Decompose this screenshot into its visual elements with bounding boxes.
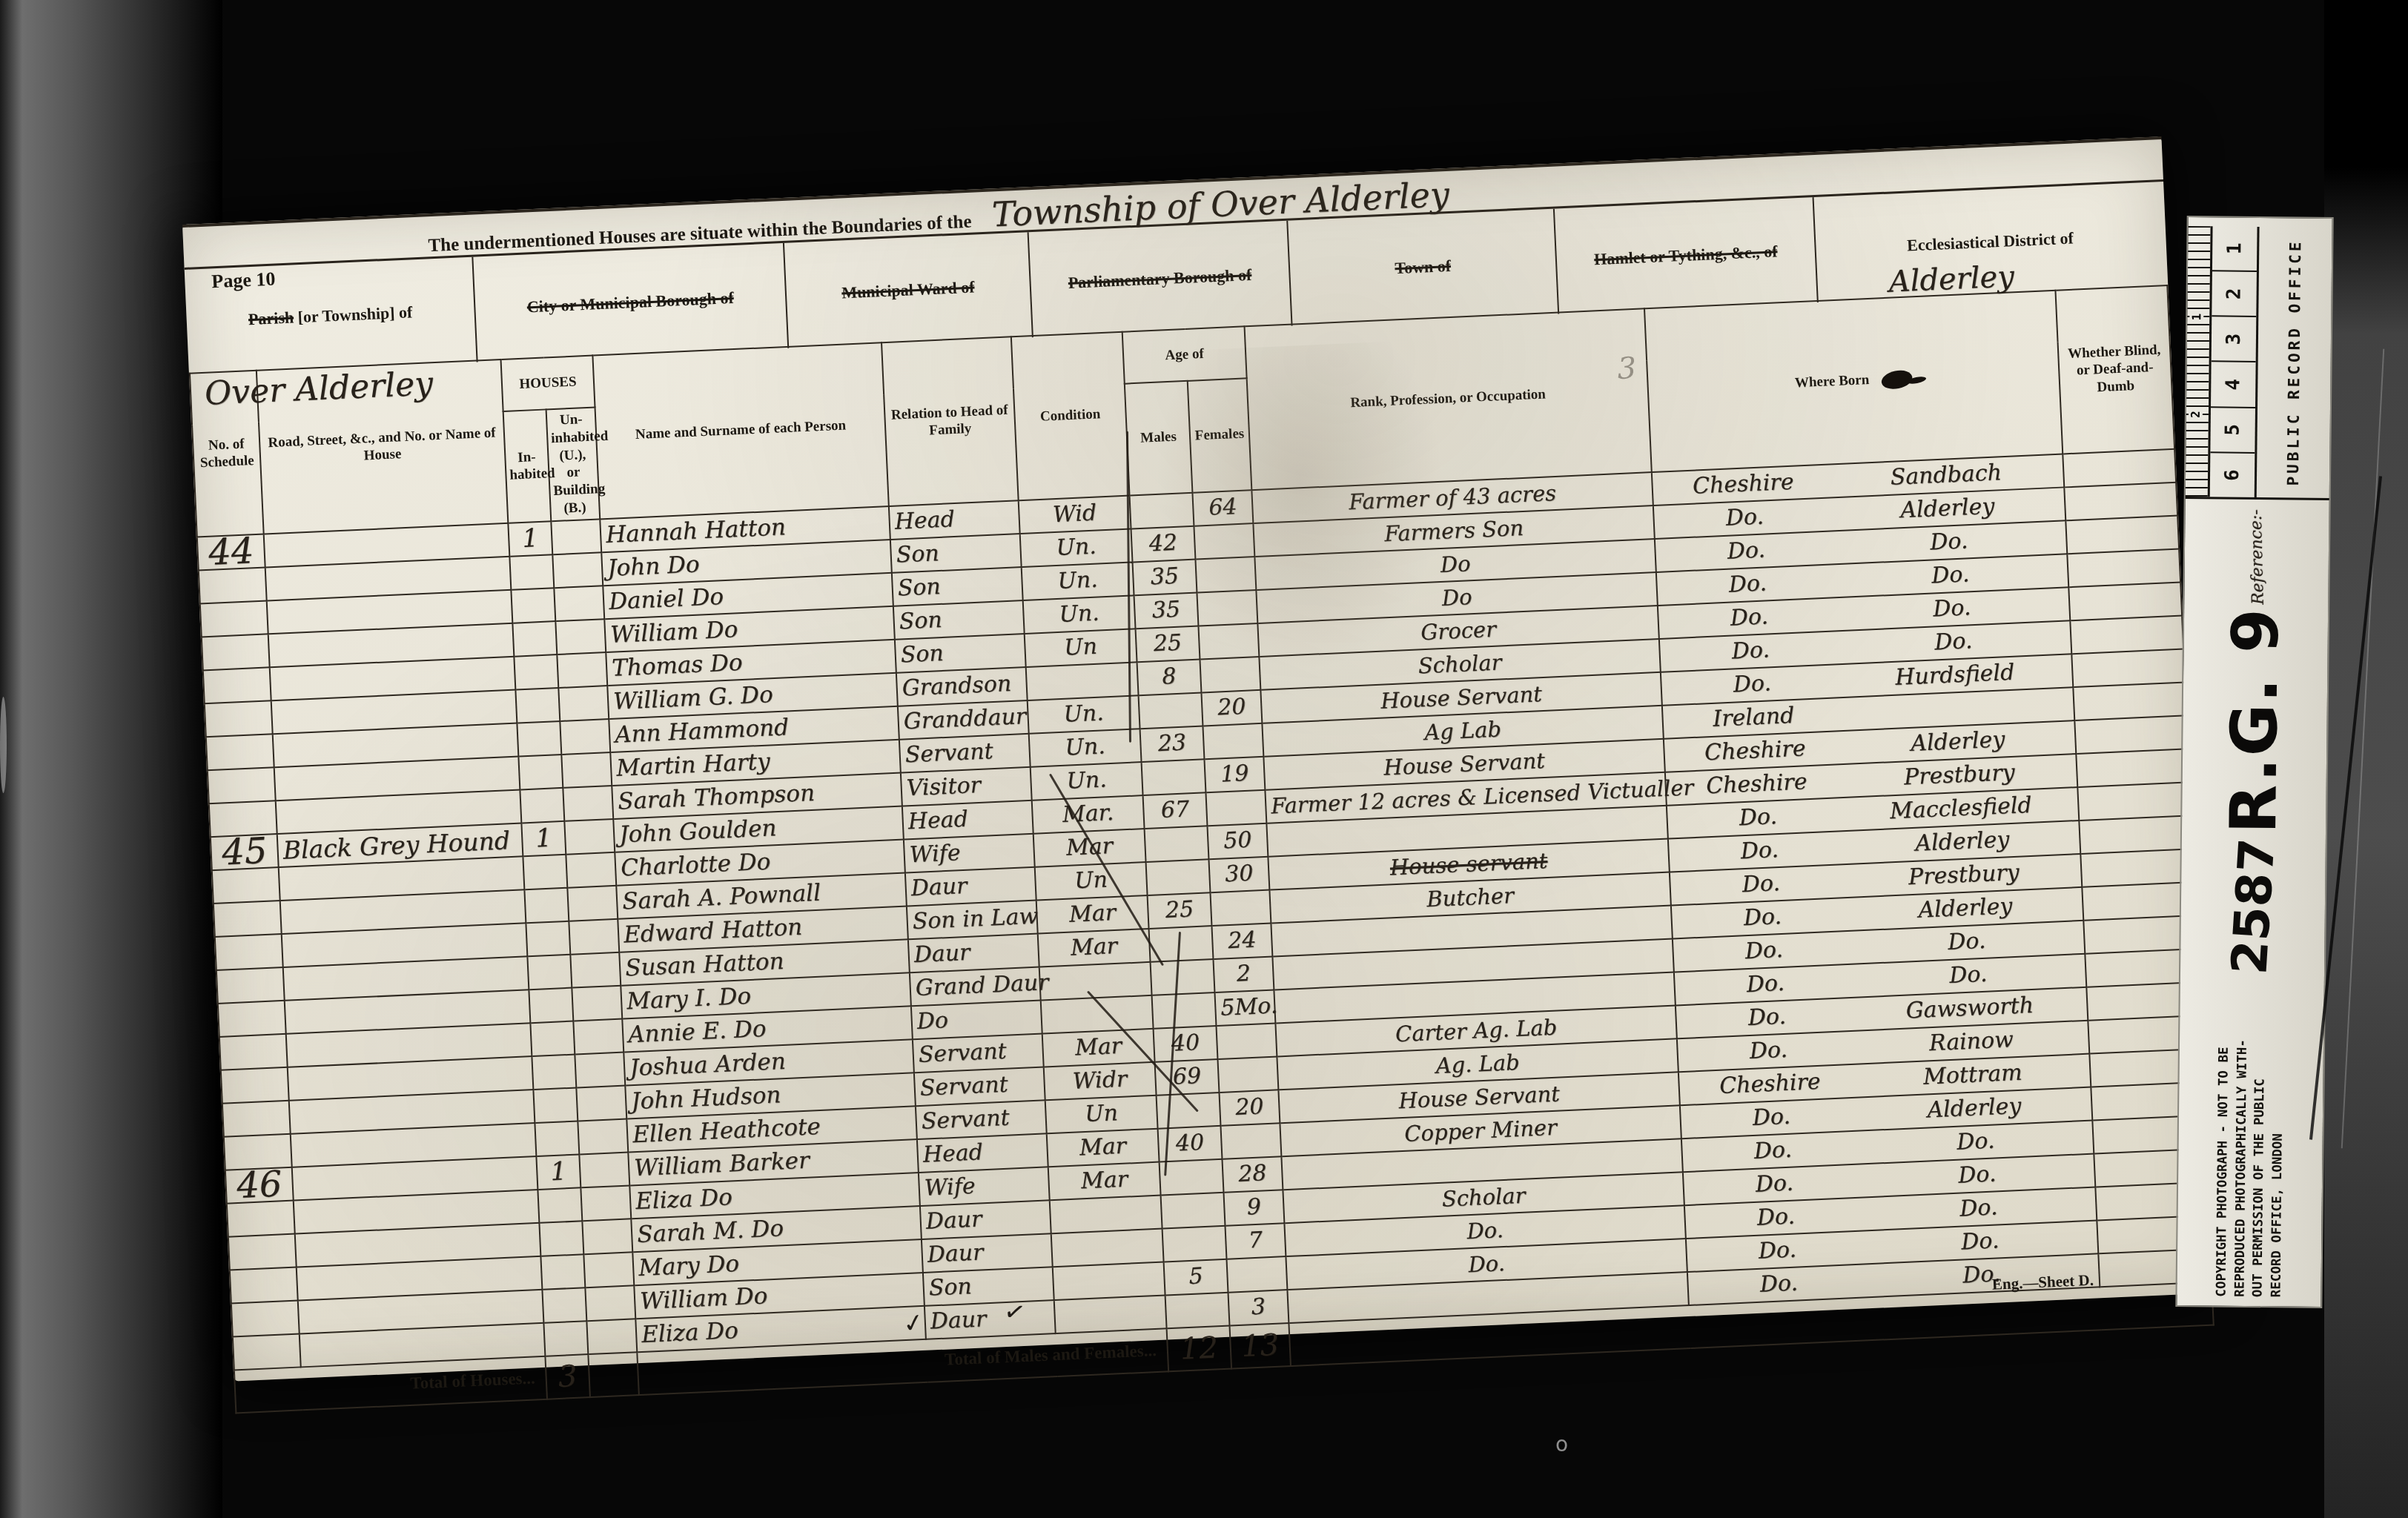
cell-age_male: 5 (1164, 1259, 1228, 1295)
born-county: Do. (1655, 536, 1836, 566)
born-place: Do. (1865, 1193, 2091, 1225)
born-county: Ireland (1663, 703, 1844, 733)
cell-relation: Servant (914, 1067, 1045, 1106)
cell-age_male (1145, 826, 1209, 862)
cell-age_female (1195, 557, 1256, 593)
cell-disability (2082, 882, 2195, 921)
cell-schedule (228, 1233, 297, 1270)
cell-schedule (206, 734, 274, 770)
header-box-label: Municipal Ward of (834, 276, 982, 304)
cell-uninhabited (586, 1319, 637, 1354)
cell-schedule: 45 (211, 834, 279, 870)
cell-schedule (203, 667, 271, 703)
cell-uninhabited (557, 652, 607, 688)
cell-schedule (214, 901, 282, 937)
struck-word: Parish (248, 308, 294, 328)
cell-inhabited (526, 921, 570, 956)
cell-inhabited (509, 554, 554, 590)
born-place: Macclesfield (1848, 792, 2074, 825)
born-place: Alderley (1834, 493, 2060, 526)
cell-inhabited (537, 1187, 582, 1223)
ruler-ticks: 2 1 (2186, 226, 2213, 497)
cell-relation: Granddaur (898, 700, 1029, 739)
cell-uninhabited (576, 1085, 626, 1121)
col-header-age: Age of (1122, 326, 1247, 383)
cell-condition: Wid (1019, 495, 1131, 534)
census-form-sheet: The undermentioned Houses are situate wi… (182, 136, 2213, 1381)
cell-disability (2079, 815, 2192, 854)
pro-reference-card: COPYRIGHT PHOTOGRAPH - NOT TO BEREPRODUC… (2175, 216, 2333, 1308)
col-header-occupation: Rank, Profession, or Occupation (1245, 308, 1652, 489)
born-county: Do. (1660, 636, 1841, 666)
cell-condition: Mar (1048, 1161, 1161, 1200)
cell-age_female: 9 (1223, 1190, 1284, 1226)
cell-schedule (205, 700, 273, 737)
cell-inhabited (520, 787, 564, 823)
cell-age_male: 67 (1143, 792, 1208, 829)
cell-age_female: 64 (1192, 490, 1253, 526)
cell-schedule (221, 1067, 289, 1103)
cell-inhabited (524, 887, 569, 923)
cell-age_female (1194, 523, 1254, 560)
cell-condition: Un (1035, 862, 1148, 901)
col-header-houses: HOUSES (501, 356, 595, 411)
col-header-relation: Relation to Head of Family (881, 337, 1019, 506)
cell-uninhabited (563, 785, 613, 821)
cell-inhabited (515, 688, 560, 723)
header-box-label: Parliamentary Borough of (1060, 264, 1260, 294)
col-header-males: Males (1125, 381, 1193, 495)
cell-uninhabited (564, 818, 615, 854)
cell-uninhabited (551, 519, 601, 554)
cell-age_female: 24 (1211, 923, 1272, 959)
cell-age_female: 20 (1219, 1090, 1280, 1126)
cell-condition: Widr (1044, 1061, 1157, 1100)
cell-uninhabited (579, 1152, 629, 1187)
born-county: Do. (1658, 603, 1839, 633)
cell-inhabited (523, 854, 567, 889)
born-place: Alderley (1861, 1093, 2087, 1125)
copyright-notice: COPYRIGHT PHOTOGRAPH - NOT TO BEREPRODUC… (2212, 976, 2289, 1297)
cell-uninhabited (570, 952, 621, 987)
cell-uninhabited (585, 1285, 635, 1321)
census-scan-screen: The undermentioned Houses are situate wi… (0, 0, 2408, 1518)
header-box-2: Municipal Ward of (784, 232, 1033, 348)
cell-age_female: 19 (1204, 756, 1265, 792)
cell-condition: Un. (1031, 762, 1143, 801)
total-females-value: 13 (1229, 1323, 1291, 1369)
cell-age_female (1210, 889, 1271, 926)
cell-inhabited (540, 1254, 585, 1290)
ruler-scale-boxes: 654321 (2210, 226, 2260, 497)
header-box-label: City or Municipal Borough of (519, 287, 741, 318)
census-table: No. of Schedule Road, Street, &c., and N… (189, 285, 2214, 1413)
cell-age_male: 8 (1137, 659, 1202, 695)
cell-schedule (202, 634, 270, 670)
cell-uninhabited (573, 1018, 623, 1054)
cell-age_male (1161, 1192, 1225, 1228)
cell-relation: Son (893, 600, 1025, 640)
cell-relation: Grandson (896, 666, 1028, 706)
cell-schedule: 46 (225, 1167, 294, 1203)
cell-relation: Head (917, 1133, 1048, 1173)
born-place: Do. (1840, 626, 2066, 659)
cell-disability (2068, 582, 2182, 620)
cell-uninhabited (582, 1219, 632, 1254)
born-place: Do. (1862, 1126, 2088, 1159)
cell-condition: Un. (1022, 562, 1134, 600)
cell-inhabited (543, 1321, 588, 1356)
cell-inhabited: 1 (521, 821, 566, 856)
cell-age_male (1151, 959, 1215, 995)
cell-age_male (1146, 859, 1211, 895)
born-county: Cheshire (1664, 736, 1845, 766)
born-place: Sandbach (1833, 460, 2059, 492)
cell-disability (2077, 782, 2191, 821)
cell-age_male (1130, 492, 1194, 528)
scan-right-gradient (2324, 0, 2408, 1518)
cell-schedule (215, 933, 283, 970)
cell-inhabited (518, 754, 563, 789)
cell-inhabited (512, 621, 557, 657)
cell-uninhabited (569, 918, 619, 954)
cell-inhabited: 1 (536, 1154, 580, 1190)
cell-uninhabited (558, 686, 609, 721)
born-county: Do. (1684, 1169, 1865, 1199)
col-header-inhabited: In-habited (503, 409, 552, 523)
cell-relation: Do (911, 1000, 1042, 1039)
cell-age_male: 42 (1131, 526, 1196, 562)
cell-schedule (218, 1000, 286, 1036)
cell-condition: Un. (1020, 528, 1133, 567)
born-county: Do. (1687, 1236, 1868, 1266)
page-number: Page 10 (211, 268, 276, 294)
col-header-born: Where Born (1644, 291, 2063, 472)
cell-age_male: 40 (1154, 1026, 1218, 1062)
header-box-3: Parliamentary Borough of (1029, 221, 1293, 337)
cell-inhabited (529, 987, 573, 1023)
born-county: Do. (1667, 803, 1848, 833)
cell-age_female (1217, 1056, 1278, 1093)
empty-cell (588, 1352, 639, 1397)
born-place: Do. (1837, 560, 2063, 592)
born-county: Do. (1676, 1003, 1857, 1033)
photo-scale-ruler: 2 1 654321 PUBLIC RECORD OFFICE (2186, 226, 2332, 500)
born-place: Alderley (1845, 726, 2071, 758)
born-place: Alderley (1852, 892, 2078, 925)
cell-inhabited: 1 (508, 521, 552, 557)
cell-inhabited (530, 1021, 575, 1056)
born-place: Rainow (1858, 1026, 2084, 1058)
col-header-uninhabited: Un-inhabited (U.), or Building (B.) (546, 407, 601, 520)
cell-age_male (1162, 1225, 1227, 1262)
pro-card-content: COPYRIGHT PHOTOGRAPH - NOT TO BEREPRODUC… (2175, 216, 2333, 1308)
piece-number-stamp: 2587 (2220, 835, 2286, 978)
cell-age_female: 30 (1208, 856, 1269, 892)
cell-uninhabited (578, 1118, 628, 1154)
cell-age_female (1200, 656, 1260, 692)
cell-inhabited (535, 1121, 579, 1156)
cell-condition: Un. (1028, 695, 1140, 734)
cell-uninhabited (555, 619, 606, 654)
cell-schedule (230, 1267, 298, 1303)
cell-relation: Servant (899, 733, 1031, 772)
born-county: Do. (1669, 836, 1850, 866)
cell-age_male (1160, 1159, 1224, 1195)
cell-inhabited (527, 954, 572, 990)
cell-age_female (1220, 1123, 1281, 1159)
born-place: Do. (1853, 926, 2080, 958)
born-county: Do. (1678, 1036, 1859, 1067)
cell-uninhabited (580, 1185, 631, 1221)
table-body: 441Hannah HattonHeadWid64Farmer of 43 ac… (197, 448, 2212, 1370)
cell-disability (2074, 715, 2188, 754)
born-place: Mottram (1859, 1059, 2085, 1092)
cell-age_female: 2 (1213, 956, 1274, 992)
cell-age_female (1205, 789, 1266, 826)
stray-circle-mark: o (1555, 1432, 1568, 1456)
cell-uninhabited (561, 752, 612, 788)
born-county: Do. (1654, 503, 1835, 533)
cell-uninhabited (567, 885, 618, 921)
cell-age_female: 50 (1207, 823, 1268, 859)
total-houses-value: 3 (545, 1354, 590, 1399)
cell-relation: Head (889, 500, 1020, 540)
cell-inhabited (542, 1287, 586, 1323)
col-header-name: Name and Surname of each Person (592, 342, 888, 519)
born-county: Do. (1673, 936, 1854, 967)
total-males-value: 12 (1167, 1325, 1231, 1371)
cell-age_female: 5Mo. (1214, 990, 1275, 1026)
cell-age_female (1198, 623, 1259, 660)
cell-uninhabited (554, 586, 604, 621)
col-header-disability: Whether Blind, or Deaf-and-Dumb (2055, 285, 2174, 454)
cell-age_male (1152, 992, 1217, 1029)
cell-relation: Visitor (901, 766, 1032, 806)
header-box-label: Ecclesiastical District of (1899, 228, 2082, 256)
series-number-stamp: R.G. 9 (2217, 604, 2293, 836)
header-box-4: Town of (1288, 209, 1559, 326)
cell-inhabited (533, 1087, 578, 1123)
header-box-value: Alderley (1888, 259, 2015, 299)
cell-uninhabited (575, 1052, 625, 1087)
born-county: Do. (1681, 1102, 1862, 1133)
cell-age_female: 20 (1201, 689, 1262, 726)
ruler-inch-number: 1 (2189, 311, 2203, 324)
cell-age_female: 28 (1222, 1156, 1283, 1193)
born-county: Do. (1661, 669, 1842, 700)
cell-schedule (219, 1033, 288, 1070)
cell-condition (1039, 961, 1152, 1000)
header-box-label: Parish [or Township] of (240, 302, 420, 331)
cell-age_male (1142, 759, 1206, 795)
born-place: Prestbury (1846, 759, 2072, 792)
film-scratch-mark (0, 697, 7, 793)
cell-schedule (200, 600, 268, 637)
born-place: Alderley (1849, 826, 2075, 858)
cell-age_male: 23 (1140, 726, 1205, 762)
ruler-scale-number: 6 (2210, 451, 2255, 497)
cell-disability (2073, 682, 2186, 720)
cell-uninhabited (583, 1252, 634, 1287)
cell-schedule: 44 (197, 534, 265, 570)
cell-age_female (1203, 723, 1263, 759)
cell-relation: Head (902, 800, 1033, 839)
cell-age_female: 3 (1228, 1290, 1289, 1326)
born-county: Cheshire (1679, 1069, 1860, 1099)
cell-disability (2076, 749, 2189, 787)
cell-age_male: 25 (1136, 626, 1200, 662)
cell-relation: Daur (920, 1200, 1051, 1239)
cell-disability (2064, 482, 2177, 520)
where-born-label: Where Born (1794, 372, 1869, 391)
cell-condition (1050, 1195, 1162, 1233)
cell-relation: Wife (904, 833, 1035, 872)
pro-office-name: PUBLIC RECORD OFFICE (2257, 227, 2332, 498)
cell-age_male (1139, 692, 1203, 729)
cell-age_male (1157, 1092, 1221, 1128)
born-place: Hurdsfield (1842, 659, 2068, 692)
cell-age_female (1226, 1256, 1287, 1293)
born-place: Do. (1836, 526, 2062, 559)
cell-condition: Un. (1023, 595, 1136, 634)
cell-relation: Servant (913, 1033, 1044, 1073)
cell-disability (2065, 515, 2179, 554)
cell-schedule (233, 1333, 301, 1370)
cell-age_male (1165, 1292, 1230, 1328)
cell-uninhabited (572, 985, 622, 1021)
born-county: Do. (1672, 903, 1853, 933)
cell-condition (1053, 1262, 1165, 1300)
cell-condition: Un (1025, 629, 1137, 667)
cell-disability (2067, 548, 2180, 587)
cell-relation: Wife (919, 1167, 1050, 1206)
born-county: Do. (1682, 1136, 1863, 1166)
cell-condition: Mar (1033, 829, 1146, 867)
ruler-scale-number: 3 (2212, 316, 2257, 362)
ruler-inch-number: 2 (2189, 408, 2203, 421)
cell-inhabited (532, 1054, 576, 1090)
cell-condition (1026, 662, 1139, 700)
reference-label: Reference:- (2246, 500, 2267, 606)
ruler-scale-number: 4 (2211, 361, 2256, 407)
cell-relation: Son (895, 634, 1026, 673)
born-place: Do. (1839, 593, 2065, 626)
born-place (1844, 710, 2069, 720)
born-county: Do. (1688, 1269, 1869, 1299)
cell-relation: Son in Law (907, 900, 1038, 939)
cell-age_female (1216, 1023, 1277, 1059)
born-place: Do. (1864, 1159, 2090, 1192)
cell-condition: Mar (1047, 1128, 1160, 1167)
header-box-6: Ecclesiastical District ofAlderley (1814, 182, 2167, 302)
cell-condition: Mar. (1032, 795, 1145, 834)
header-box-1: City or Municipal Borough of (473, 243, 789, 362)
cell-condition (1054, 1295, 1167, 1333)
cell-relation: Son (923, 1267, 1054, 1306)
cell-disability (2063, 448, 2176, 487)
cell-disability (2071, 649, 2185, 687)
cell-inhabited (517, 721, 561, 757)
cell-relation: Daur (922, 1233, 1053, 1273)
col-header-females: Females (1188, 378, 1252, 492)
cell-inhabited (539, 1221, 583, 1256)
header-box-label: Town of (1387, 255, 1459, 279)
ruler-scale-number: 5 (2210, 406, 2255, 452)
cell-condition: Un (1045, 1095, 1158, 1133)
header-box-5: Hamlet or Tything, &c., of (1555, 197, 1819, 314)
born-county: Do. (1657, 569, 1838, 600)
cell-condition: Mar (1038, 928, 1151, 967)
cell-schedule (231, 1300, 300, 1336)
born-county: Cheshire (1653, 469, 1833, 500)
cell-age_male: 35 (1134, 592, 1199, 629)
cell-relation: Daur (908, 933, 1039, 972)
born-county: Do. (1685, 1202, 1866, 1233)
born-place: Prestbury (1850, 859, 2077, 892)
cell-relation: Daur (905, 866, 1036, 906)
ink-blot (1879, 368, 1913, 391)
cell-schedule (208, 767, 276, 803)
cell-relation: Servant (916, 1100, 1047, 1139)
cell-age_male: 35 (1133, 559, 1197, 595)
cell-condition: Un. (1029, 729, 1142, 767)
cell-uninhabited (552, 552, 603, 588)
cell-disability (2070, 615, 2183, 654)
cell-relation: Daur (924, 1300, 1056, 1339)
cell-disability (2080, 849, 2194, 887)
born-place: Do. (1867, 1226, 2093, 1259)
cell-inhabited (511, 588, 555, 623)
born-county: Do. (1670, 869, 1851, 900)
copyright-line: RECORD OFFICE, LONDON (2267, 977, 2289, 1297)
ruler-scale-number: 2 (2212, 271, 2257, 316)
born-county: Cheshire (1666, 769, 1847, 800)
born-county: Do. (1675, 970, 1856, 1000)
header-box-label: Hamlet or Tything, &c., of (1587, 241, 1785, 271)
cell-relation: Son (890, 534, 1022, 573)
cell-age_female (1197, 590, 1257, 626)
cell-age_male: 25 (1148, 892, 1212, 929)
born-place: Do. (1855, 959, 2081, 992)
cell-schedule (216, 967, 285, 1003)
cell-relation: Son (892, 567, 1023, 606)
cell-relation: Grand Daur (910, 967, 1041, 1006)
born-place: Gawsworth (1856, 992, 2083, 1025)
cell-inhabited (514, 654, 558, 690)
cell-uninhabited (560, 719, 610, 755)
cell-schedule (222, 1100, 291, 1136)
cell-uninhabited (566, 852, 616, 887)
cell-condition (1051, 1228, 1164, 1267)
col-header-condition: Condition (1011, 332, 1130, 500)
pencil-annotation: 3 (1617, 351, 1637, 386)
ruler-scale-number: 1 (2212, 226, 2257, 271)
cell-age_female: 7 (1225, 1223, 1286, 1259)
